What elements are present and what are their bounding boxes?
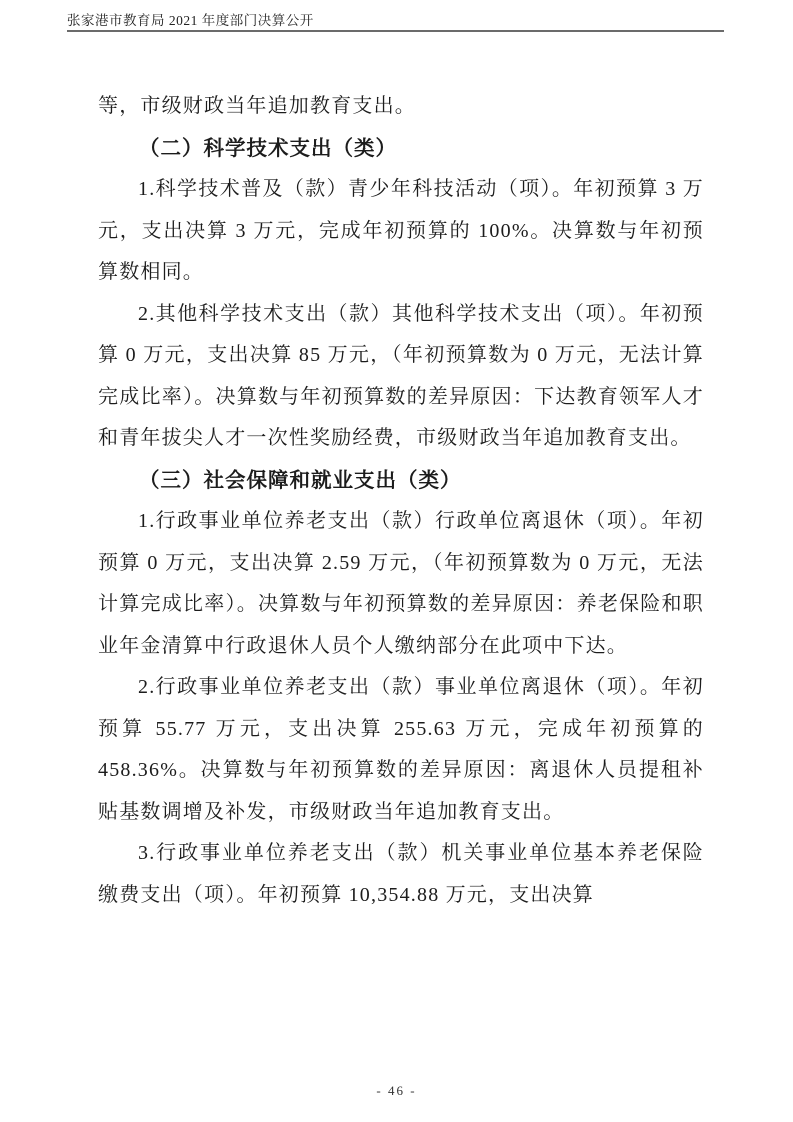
paragraph-continuation: 等，市级财政当年追加教育支出。 — [98, 86, 704, 128]
paragraph-admin-retirement: 1.行政事业单位养老支出（款）行政单位离退休（项）。年初预算 0 万元，支出决算… — [98, 501, 704, 667]
document-body: 等，市级财政当年追加教育支出。 （二）科学技术支出（类） 1.科学技术普及（款）… — [98, 86, 704, 916]
section-heading-science-tech: （二）科学技术支出（类） — [98, 128, 704, 170]
section-heading-social-security: （三）社会保障和就业支出（类） — [98, 460, 704, 502]
page-header: 张家港市教育局 2021 年度部门决算公开 — [67, 13, 724, 32]
paragraph-science-popularization: 1.科学技术普及（款）青少年科技活动（项）。年初预算 3 万元，支出决算 3 万… — [98, 169, 704, 294]
page-footer: - 46 - — [0, 1082, 793, 1100]
paragraph-institution-retirement: 2.行政事业单位养老支出（款）事业单位离退休（项）。年初预算 55.77 万元，… — [98, 667, 704, 833]
header-title: 张家港市教育局 2021 年度部门决算公开 — [67, 13, 724, 28]
header-rule — [67, 30, 724, 32]
paragraph-basic-pension-contribution: 3.行政事业单位养老支出（款）机关事业单位基本养老保险缴费支出（项）。年初预算 … — [98, 833, 704, 916]
paragraph-other-science-tech: 2.其他科学技术支出（款）其他科学技术支出（项）。年初预算 0 万元，支出决算 … — [98, 294, 704, 460]
document-page: 张家港市教育局 2021 年度部门决算公开 等，市级财政当年追加教育支出。 （二… — [0, 0, 793, 1122]
page-number: - 46 - — [376, 1083, 416, 1098]
